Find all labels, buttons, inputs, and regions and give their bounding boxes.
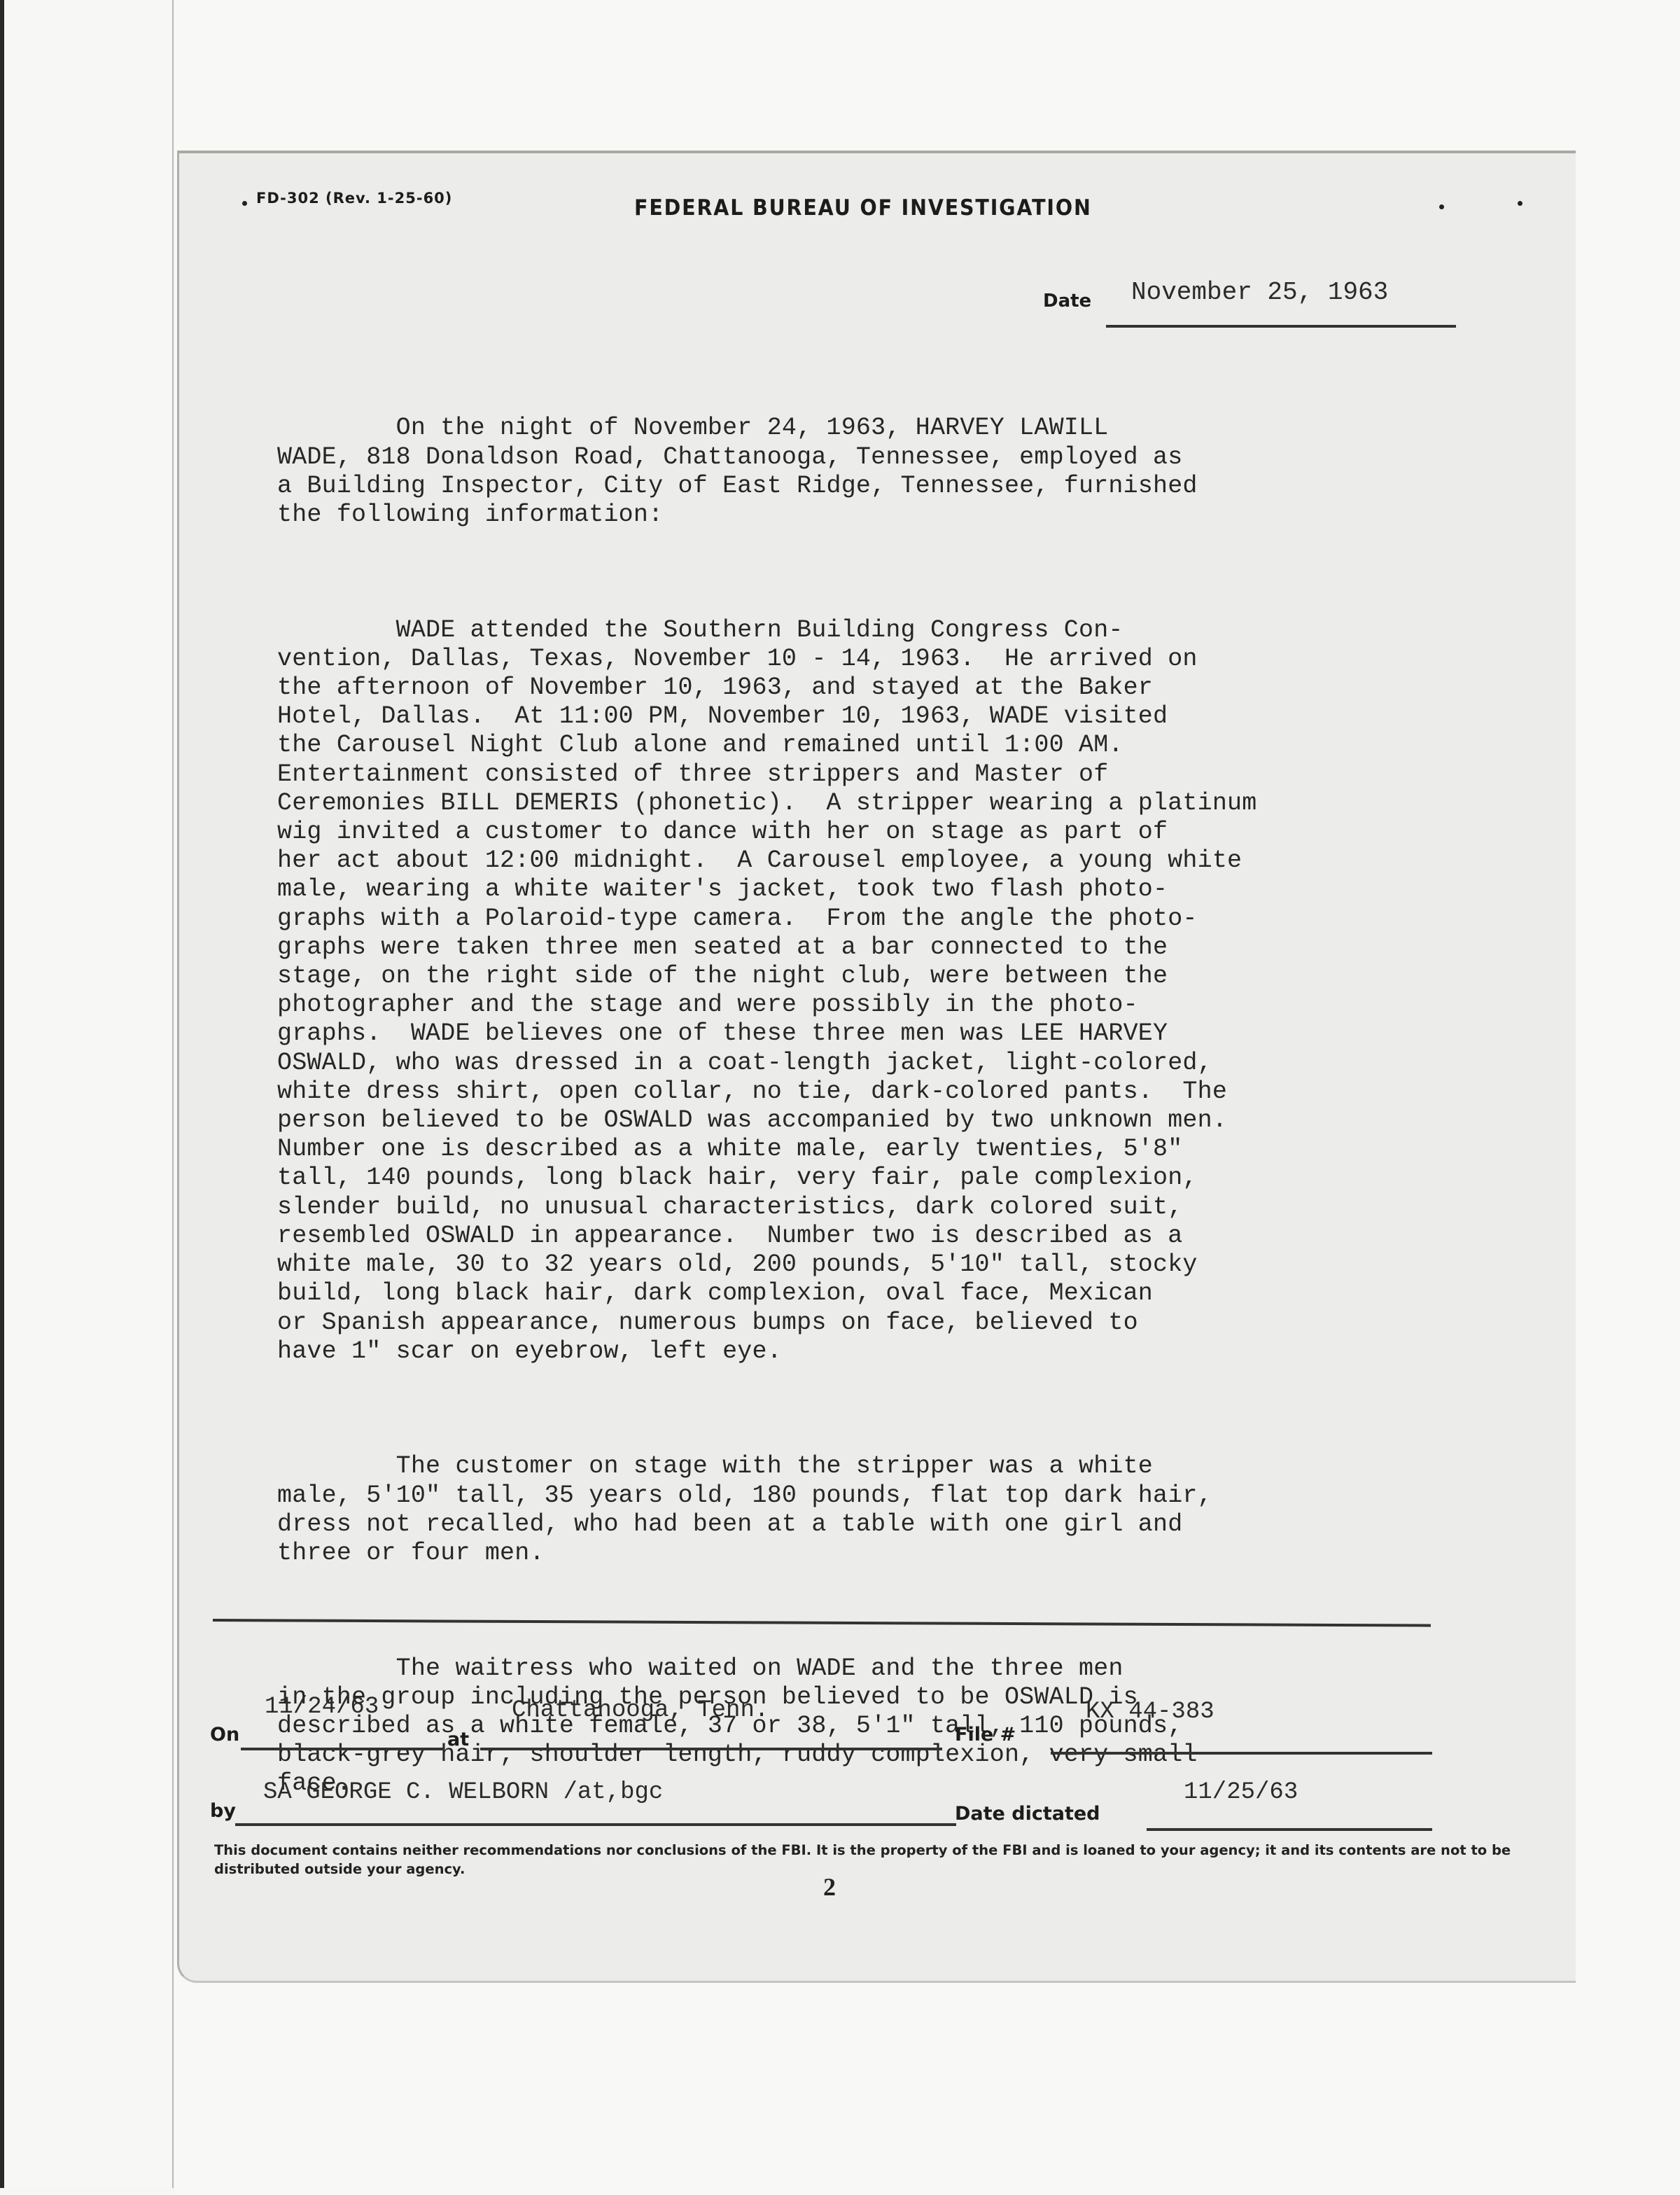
text-line: male, 5'10" tall, 35 years old, 180 poun…: [277, 1482, 1212, 1510]
text-line: slender build, no unusual characteristic…: [277, 1193, 1182, 1221]
date-underline: [1106, 325, 1456, 328]
text-line: The waitress who waited on WADE and the …: [277, 1654, 1123, 1682]
date-dictated-value: 11/25/63: [1184, 1779, 1298, 1806]
text-line: graphs were taken three men seated at a …: [277, 933, 1168, 961]
date-label: Date: [1043, 291, 1091, 312]
text-line: person believed to be OSWALD was accompa…: [277, 1106, 1227, 1134]
text-line: graphs. WADE believes one of these three…: [277, 1019, 1168, 1047]
text-line: Hotel, Dallas. At 11:00 PM, November 10,…: [277, 702, 1168, 730]
date-value: November 25, 1963: [1131, 278, 1388, 307]
file-number-underline: [1051, 1752, 1432, 1755]
at-underline: [480, 1748, 942, 1750]
text-line: three or four men.: [277, 1539, 545, 1567]
at-label: at: [447, 1729, 469, 1750]
text-line: build, long black hair, dark complexion,…: [277, 1279, 1153, 1307]
scan-speck: [1518, 201, 1522, 206]
text-line: tall, 140 pounds, long black hair, very …: [277, 1164, 1198, 1192]
scan-speck: [1439, 204, 1444, 209]
on-underline: [241, 1748, 444, 1750]
text-line: dress not recalled, who had been at a ta…: [277, 1510, 1182, 1538]
text-line: wig invited a customer to dance with her…: [277, 818, 1168, 846]
left-paper-strip: [0, 0, 174, 2188]
fd302-page: FD-302 (Rev. 1-25-60) FEDERAL BUREAU OF …: [177, 151, 1576, 1983]
paragraph-waitress: The waitress who waited on WADE and the …: [277, 1654, 1551, 1799]
file-number-value: KX 44-383: [1086, 1699, 1214, 1725]
text-line: the afternoon of November 10, 1963, and …: [277, 674, 1153, 702]
text-line: resembled OSWALD in appearance. Number t…: [277, 1222, 1182, 1250]
text-line: WADE attended the Southern Building Cong…: [277, 616, 1123, 644]
by-underline: [235, 1823, 956, 1826]
text-line: a Building Inspector, City of East Ridge…: [277, 472, 1198, 500]
text-line: black-grey hair, shoulder length, ruddy …: [277, 1741, 1198, 1769]
agent-value: SA GEORGE C. WELBORN /at,bgc: [263, 1779, 663, 1806]
text-line: photographer and the stage and were poss…: [277, 991, 1138, 1019]
paragraph-intro: On the night of November 24, 1963, HARVE…: [277, 414, 1551, 529]
on-label: On: [210, 1724, 239, 1745]
date-dictated-underline: [1147, 1828, 1432, 1831]
text-line: white male, 30 to 32 years old, 200 poun…: [277, 1250, 1198, 1278]
text-line: have 1" scar on eyebrow, left eye.: [277, 1337, 782, 1365]
report-body: On the night of November 24, 1963, HARVE…: [277, 356, 1551, 1856]
agency-title: FEDERAL BUREAU OF INVESTIGATION: [634, 195, 1092, 221]
text-line: or Spanish appearance, numerous bumps on…: [277, 1309, 1138, 1337]
text-line: The customer on stage with the stripper …: [277, 1452, 1153, 1480]
fbi-disclaimer: This document contains neither recommend…: [214, 1841, 1544, 1879]
text-line: the following information:: [277, 501, 663, 529]
text-line: Number one is described as a white male,…: [277, 1135, 1182, 1163]
text-line: stage, on the right side of the night cl…: [277, 962, 1168, 990]
date-dictated-label: Date dictated: [955, 1803, 1100, 1825]
text-line: Entertainment consisted of three strippe…: [277, 760, 1108, 788]
text-line: male, wearing a white waiter's jacket, t…: [277, 875, 1168, 903]
file-number-label: File #: [955, 1724, 1016, 1745]
text-line: On the night of November 24, 1963, HARVE…: [277, 414, 1108, 442]
on-date-value: 11/24/63: [265, 1694, 379, 1720]
text-line: white dress shirt, open collar, no tie, …: [277, 1078, 1227, 1106]
form-id: FD-302 (Rev. 1-25-60): [256, 190, 452, 207]
at-location-value: Chattanooga, Tenn.: [512, 1697, 769, 1724]
paragraph-customer: The customer on stage with the stripper …: [277, 1452, 1551, 1568]
text-line: the Carousel Night Club alone and remain…: [277, 731, 1123, 759]
page-number: 2: [823, 1872, 836, 1902]
text-line: her act about 12:00 midnight. A Carousel…: [277, 846, 1242, 874]
by-label: by: [210, 1800, 236, 1822]
text-line: WADE, 818 Donaldson Road, Chattanooga, T…: [277, 443, 1182, 471]
text-line: OSWALD, who was dressed in a coat-length…: [277, 1049, 1212, 1077]
text-line: vention, Dallas, Texas, November 10 - 14…: [277, 645, 1198, 673]
text-line: Ceremonies BILL DEMERIS (phonetic). A st…: [277, 789, 1256, 817]
text-line: graphs with a Polaroid-type camera. From…: [277, 905, 1198, 933]
scan-speck: [242, 201, 247, 206]
paragraph-convention: WADE attended the Southern Building Cong…: [277, 616, 1551, 1366]
